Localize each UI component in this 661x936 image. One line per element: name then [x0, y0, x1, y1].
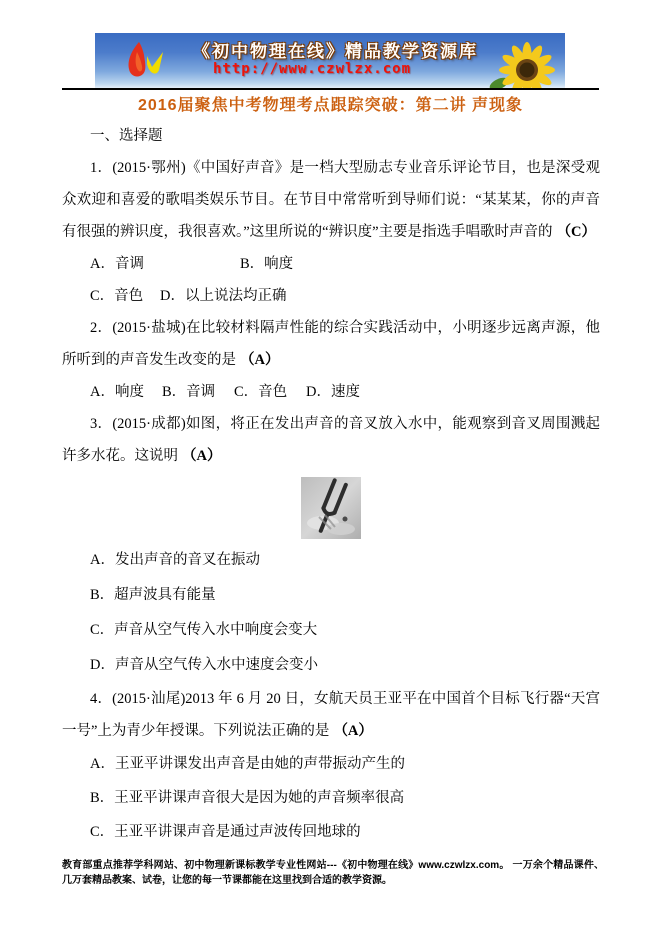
option-2c: C．音色	[234, 376, 306, 408]
sunflower-icon	[483, 36, 563, 88]
question-1-options-row-2: C．音色 D．以上说法均正确	[62, 280, 600, 312]
question-1-answer: （C）	[557, 224, 596, 240]
option-3d: D．声音从空气传入水中速度会变小	[90, 648, 318, 683]
option-3c: C．声音从空气传入水中响度会变大	[90, 613, 317, 648]
question-2-stem: 2．(2015·盐城)在比较材料隔声性能的综合实践活动中，小明逐步远离声源，他所…	[62, 312, 600, 376]
option-1d: D．以上说法均正确	[160, 280, 286, 312]
question-4-option-a: A．王亚平讲课发出声音是由她的声带振动产生的	[62, 747, 600, 781]
question-1-stem: 1．(2015·鄂州)《中国好声音》是一档大型励志专业音乐评论节目，也是深受观众…	[62, 152, 600, 248]
tuning-fork-in-water-image	[301, 477, 361, 539]
option-4c: C．王亚平讲课声音是通过声波传回地球的	[90, 815, 361, 849]
option-2d: D．速度	[306, 376, 360, 408]
section-heading: 一、选择题	[62, 120, 600, 152]
banner-site-url-link[interactable]: http://www.czwlzx.com	[213, 61, 411, 77]
question-2-answer: （A）	[240, 352, 279, 368]
option-2a: A．响度	[90, 376, 162, 408]
question-4-option-c: C．王亚平讲课声音是通过声波传回地球的	[62, 815, 600, 849]
question-3-option-a: A．发出声音的音叉在振动	[62, 543, 600, 578]
option-4b: B．王亚平讲课声音很大是因为她的声音频率很高	[90, 781, 404, 815]
option-3a: A．发出声音的音叉在振动	[90, 543, 260, 578]
site-banner: 《初中物理在线》精品教学资源库 http://www.czwlzx.com	[95, 33, 565, 88]
option-2b: B．音调	[162, 376, 234, 408]
document-title: 2016届聚焦中考物理考点跟踪突破：第二讲 声现象	[0, 92, 661, 115]
question-3-stem: 3．(2015·成都)如图，将正在发出声音的音叉放入水中，能观察到音叉周围溅起许…	[62, 408, 600, 472]
question-4-option-b: B．王亚平讲课声音很大是因为她的声音频率很高	[62, 781, 600, 815]
question-2-options-row: A．响度 B．音调 C．音色 D．速度	[62, 376, 600, 408]
option-1b: B．响度	[240, 248, 293, 280]
question-3-option-b: B．超声波具有能量	[62, 578, 600, 613]
option-3b: B．超声波具有能量	[90, 578, 216, 613]
option-4a: A．王亚平讲课发出声音是由她的声带振动产生的	[90, 747, 405, 781]
tuning-fork-photo	[301, 477, 361, 539]
question-3-option-c: C．声音从空气传入水中响度会变大	[62, 613, 600, 648]
option-1c: C．音色	[90, 280, 160, 312]
document-page: 《初中物理在线》精品教学资源库 http://www.czwlzx.com	[0, 0, 661, 936]
header-divider	[62, 88, 599, 90]
question-3-answer: （A）	[182, 448, 221, 464]
site-logo-icon	[117, 40, 173, 82]
option-1a: A．音调	[90, 248, 240, 280]
question-4-stem: 4．(2015·汕尾)2013 年 6 月 20 日，女航天员王亚平在中国首个目…	[62, 683, 600, 747]
question-4-answer: （A）	[333, 723, 372, 739]
footer-note: 教育部重点推荐学科网站、初中物理新课标教学专业性网站---《初中物理在线》www…	[62, 858, 604, 888]
question-1-options-row-1: A．音调 B．响度	[62, 248, 600, 280]
question-3-option-d: D．声音从空气传入水中速度会变小	[62, 648, 600, 683]
document-body: 一、选择题 1．(2015·鄂州)《中国好声音》是一档大型励志专业音乐评论节目，…	[62, 120, 600, 849]
